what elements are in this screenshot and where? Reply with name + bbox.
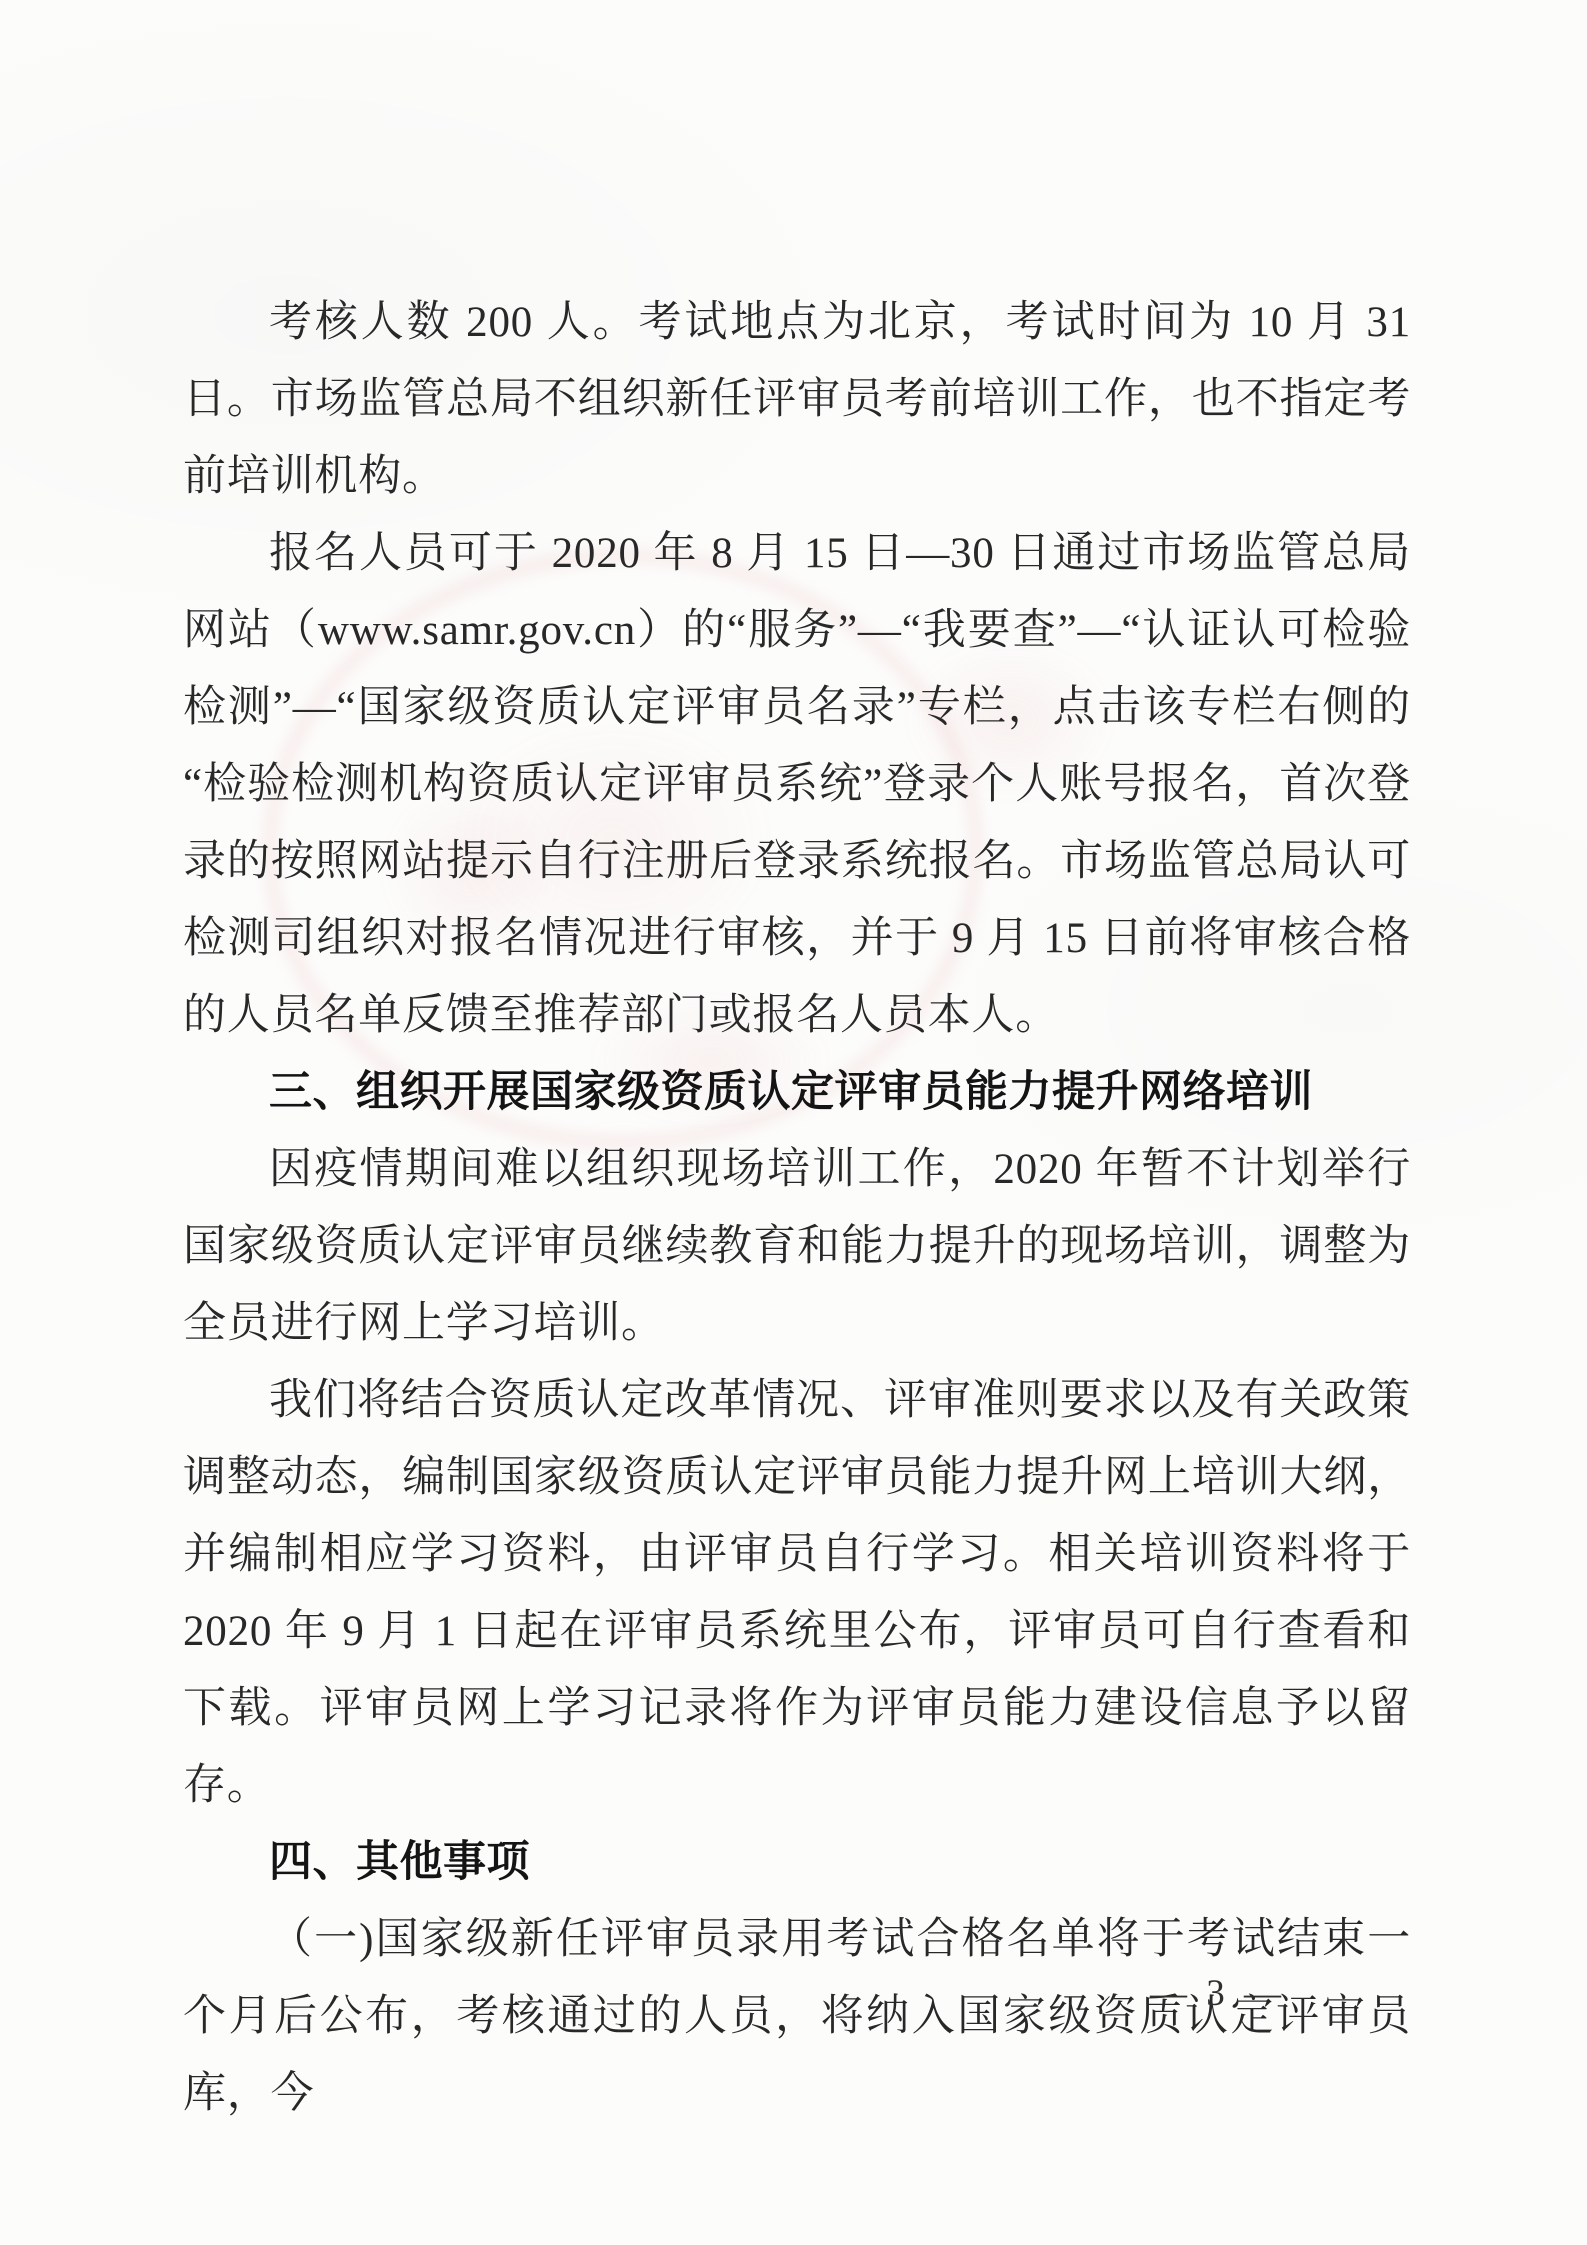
body-paragraph: 因疫情期间难以组织现场培训工作，2020 年暂不计划举行国家级资质认定评审员继续… (183, 1131, 1411, 1362)
section-heading: 四、其他事项 (183, 1824, 1411, 1901)
document-body: 考核人数 200 人。考试地点为北京，考试时间为 10 月 31 日。市场监管总… (183, 284, 1411, 2132)
scanned-document-page: 考核人数 200 人。考试地点为北京，考试时间为 10 月 31 日。市场监管总… (0, 0, 1587, 2245)
page-number: — 3 — (1150, 1972, 1286, 2015)
body-paragraph: 报名人员可于 2020 年 8 月 15 日—30 日通过市场监管总局网站（ww… (183, 515, 1411, 1054)
section-heading: 三、组织开展国家级资质认定评审员能力提升网络培训 (183, 1054, 1411, 1131)
body-paragraph: （一)国家级新任评审员录用考试合格名单将于考试结束一个月后公布，考核通过的人员，… (183, 1901, 1411, 2132)
body-paragraph: 考核人数 200 人。考试地点为北京，考试时间为 10 月 31 日。市场监管总… (183, 284, 1411, 515)
body-paragraph: 我们将结合资质认定改革情况、评审准则要求以及有关政策调整动态，编制国家级资质认定… (183, 1362, 1411, 1824)
